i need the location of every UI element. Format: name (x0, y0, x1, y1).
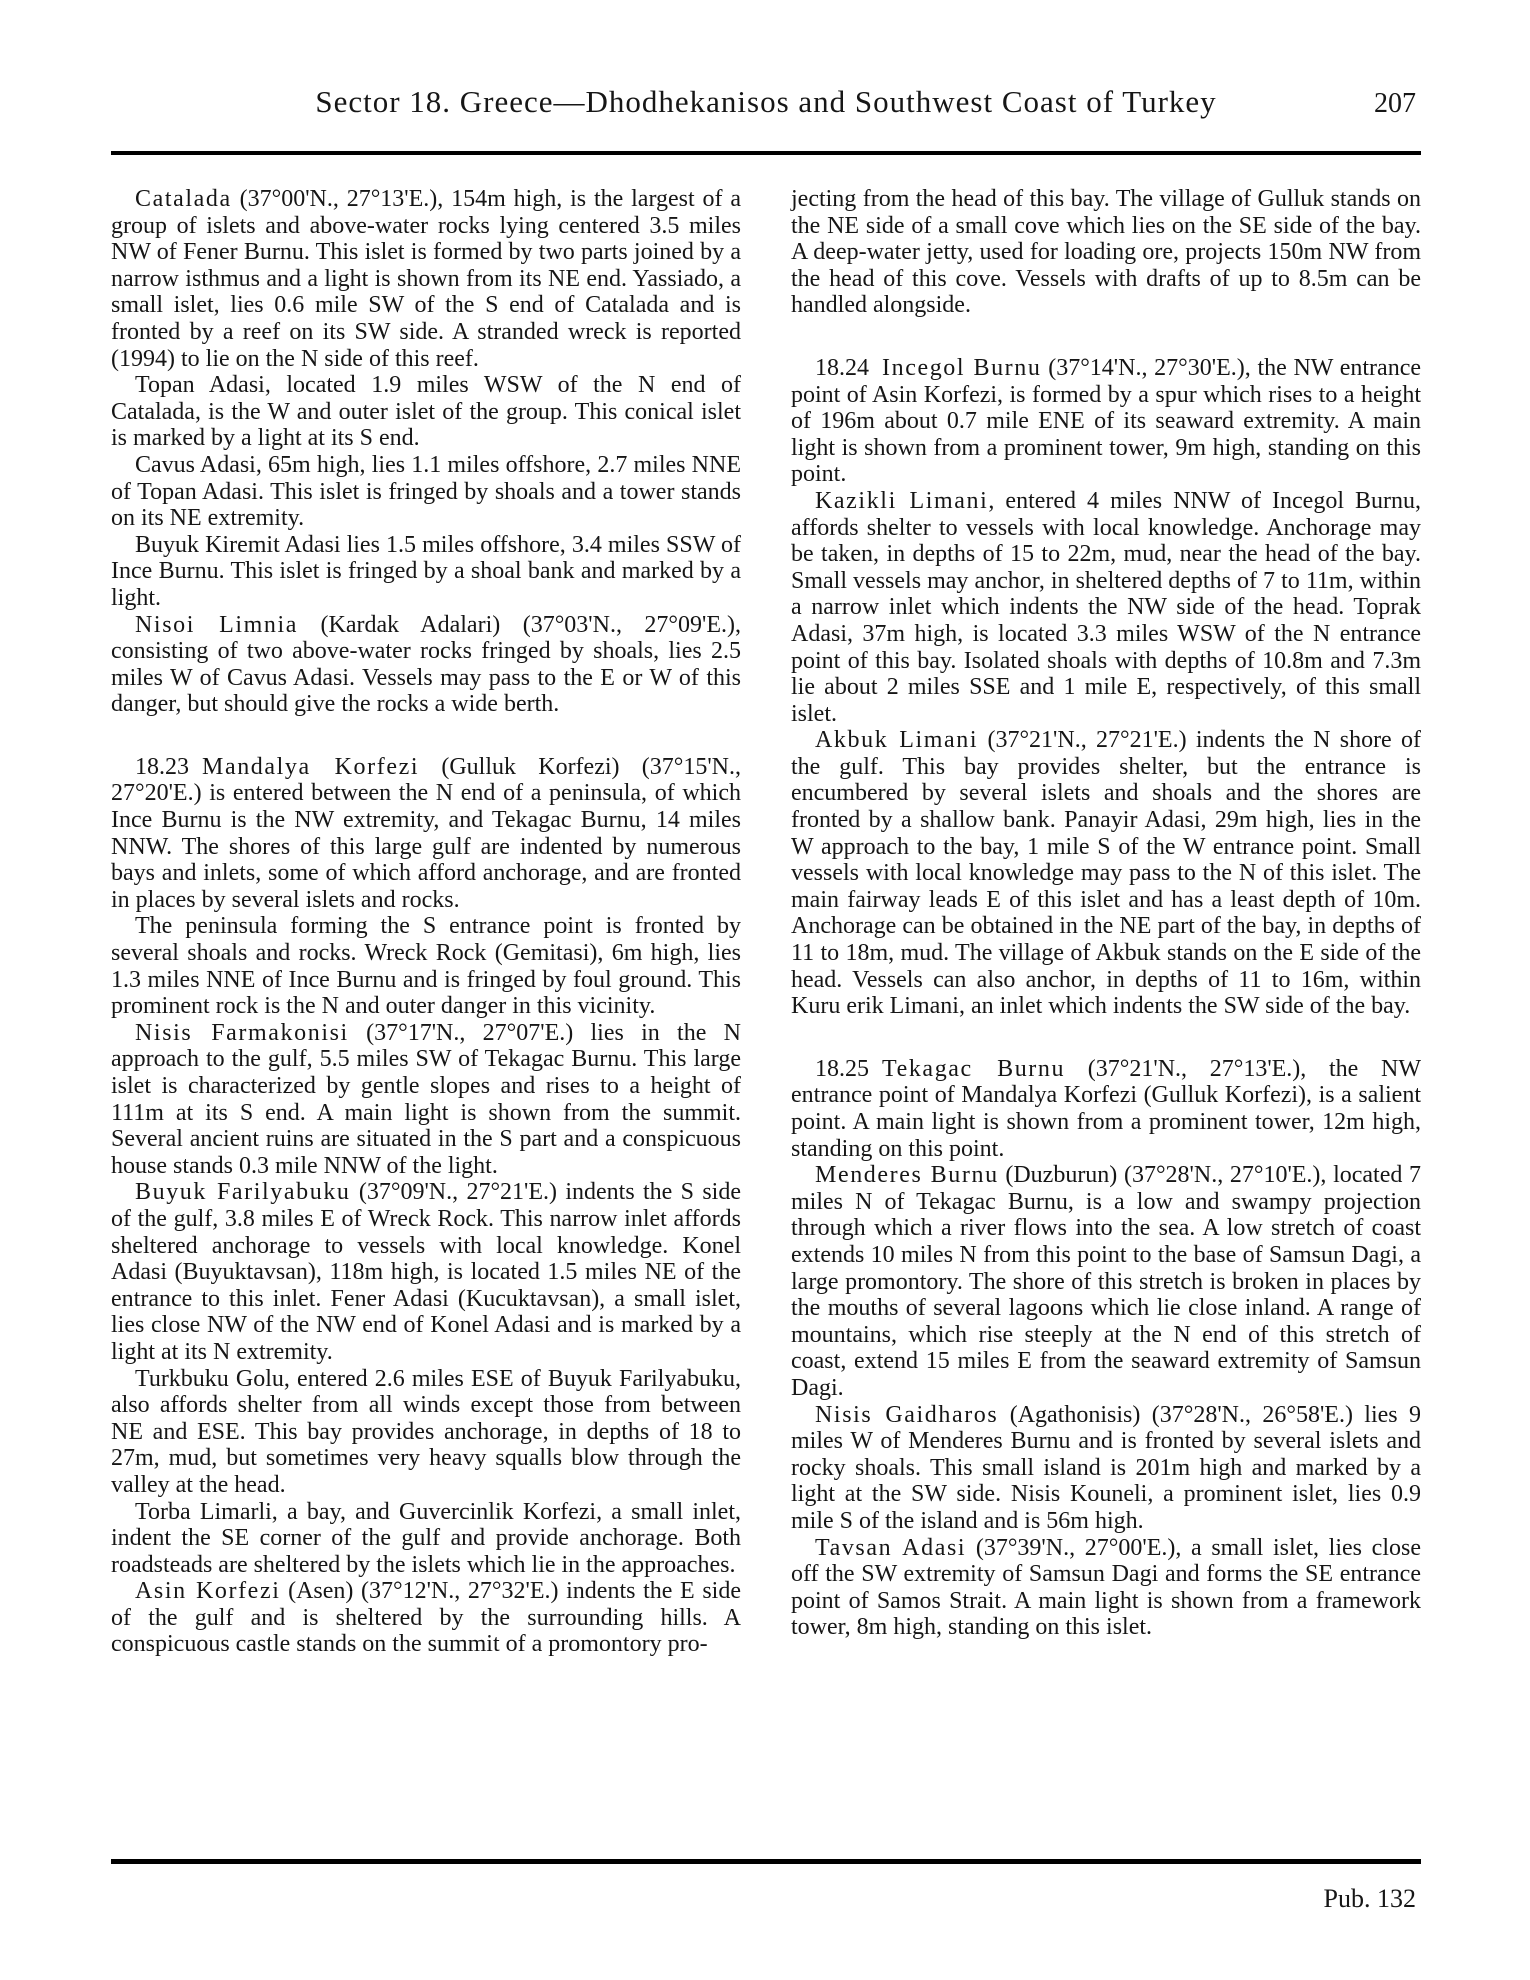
place-name: Kazikli Limani (815, 488, 988, 514)
para-catalada: Catalada (37°00'N., 27°13'E.), 154m high… (111, 186, 741, 372)
section-number: 18.25 (815, 1056, 869, 1082)
para-nisis-farmakonisi: Nisis Farmakonisi (37°17'N., 27°07'E.) l… (111, 1020, 741, 1180)
place-name: Nisis Farmakonisi (135, 1020, 349, 1046)
place-name: Nisoi Limnia (135, 612, 298, 638)
place-name: Catalada (135, 186, 232, 212)
para-text: (37°21'N., 27°21'E.) indents the N shore… (791, 727, 1421, 1019)
para-cavus-adasi: Cavus Adasi, 65m high, lies 1.1 miles of… (111, 452, 741, 532)
para-text: (37°09'N., 27°21'E.) indents the S side … (111, 1179, 741, 1365)
place-name: Asin Korfezi (135, 1578, 280, 1604)
para-text: The peninsula forming the S entrance poi… (111, 913, 741, 1019)
para-section-18-23: 18.23Mandalya Korfezi (Gulluk Korfezi) (… (111, 754, 741, 914)
para-section-18-24: 18.24Incegol Burnu (37°14'N., 27°30'E.),… (791, 355, 1421, 488)
para-buyuk-farilyabuku: Buyuk Farilyabuku (37°09'N., 27°21'E.) i… (111, 1179, 741, 1365)
document-page: Sector 18. Greece—Dhodhekanisos and Sout… (0, 0, 1530, 1980)
footer-rule (111, 1859, 1421, 1864)
section-number: 18.23 (135, 754, 189, 780)
para-buyuk-kiremit: Buyuk Kiremit Adasi lies 1.5 miles offsh… (111, 532, 741, 612)
para-tavsan-adasi: Tavsan Adasi (37°39'N., 27°00'E.), a sma… (791, 1535, 1421, 1641)
para-text: Turkbuku Golu, entered 2.6 miles ESE of … (111, 1366, 741, 1498)
place-name: Akbuk Limani (815, 727, 978, 753)
para-text: (37°00'N., 27°13'E.), 154m high, is the … (111, 186, 741, 372)
place-name: Tavsan Adasi (815, 1535, 966, 1561)
para-text: Topan Adasi, located 1.9 miles WSW of th… (111, 372, 741, 451)
header-rule (111, 151, 1421, 155)
para-asin-korfezi: Asin Korfezi (Asen) (37°12'N., 27°32'E.)… (111, 1578, 741, 1658)
para-torba-limarli: Torba Limarli, a bay, and Guvercinlik Ko… (111, 1499, 741, 1579)
place-name: Tekagac Burnu (882, 1056, 1065, 1082)
page-number: 207 (1374, 88, 1416, 120)
place-name: Nisis Gaidharos (815, 1402, 998, 1428)
para-text: , entered 4 miles NNW of Incegol Burnu, … (791, 488, 1421, 727)
place-name: Buyuk Farilyabuku (135, 1179, 351, 1205)
para-menderes-burnu: Menderes Burnu (Duzburun) (37°28'N., 27°… (791, 1162, 1421, 1401)
text-columns: Catalada (37°00'N., 27°13'E.), 154m high… (111, 186, 1421, 1658)
place-name: Mandalya Korfezi (202, 754, 419, 780)
page-header-title: Sector 18. Greece—Dhodhekanisos and Sout… (111, 84, 1421, 120)
section-number: 18.24 (815, 355, 869, 381)
para-peninsula: The peninsula forming the S entrance poi… (111, 913, 741, 1019)
right-column: jecting from the head of this bay. The v… (791, 186, 1421, 1658)
para-text: Torba Limarli, a bay, and Guvercinlik Ko… (111, 1499, 741, 1578)
para-text: jecting from the head of this bay. The v… (791, 186, 1421, 318)
para-nisoi-limnia: Nisoi Limnia (Kardak Adalari) (37°03'N.,… (111, 612, 741, 718)
para-text: Cavus Adasi, 65m high, lies 1.1 miles of… (111, 452, 741, 531)
para-text: Buyuk Kiremit Adasi lies 1.5 miles offsh… (111, 532, 741, 611)
place-name: Menderes Burnu (815, 1162, 999, 1188)
para-akbuk-limani: Akbuk Limani (37°21'N., 27°21'E.) indent… (791, 727, 1421, 1020)
para-kazikli-limani: Kazikli Limani, entered 4 miles NNW of I… (791, 488, 1421, 727)
para-section-18-25: 18.25Tekagac Burnu (37°21'N., 27°13'E.),… (791, 1056, 1421, 1162)
left-column: Catalada (37°00'N., 27°13'E.), 154m high… (111, 186, 741, 1658)
place-name: Incegol Burnu (882, 355, 1041, 381)
footer-publication: Pub. 132 (1324, 1884, 1416, 1914)
para-topan-adasi: Topan Adasi, located 1.9 miles WSW of th… (111, 372, 741, 452)
para-turkbuku-golu: Turkbuku Golu, entered 2.6 miles ESE of … (111, 1366, 741, 1499)
para-gulluk-continuation: jecting from the head of this bay. The v… (791, 186, 1421, 319)
para-nisis-gaidharos: Nisis Gaidharos (Agathonisis) (37°28'N.,… (791, 1402, 1421, 1535)
para-text: (Duzburun) (37°28'N., 27°10'E.), located… (791, 1162, 1421, 1401)
